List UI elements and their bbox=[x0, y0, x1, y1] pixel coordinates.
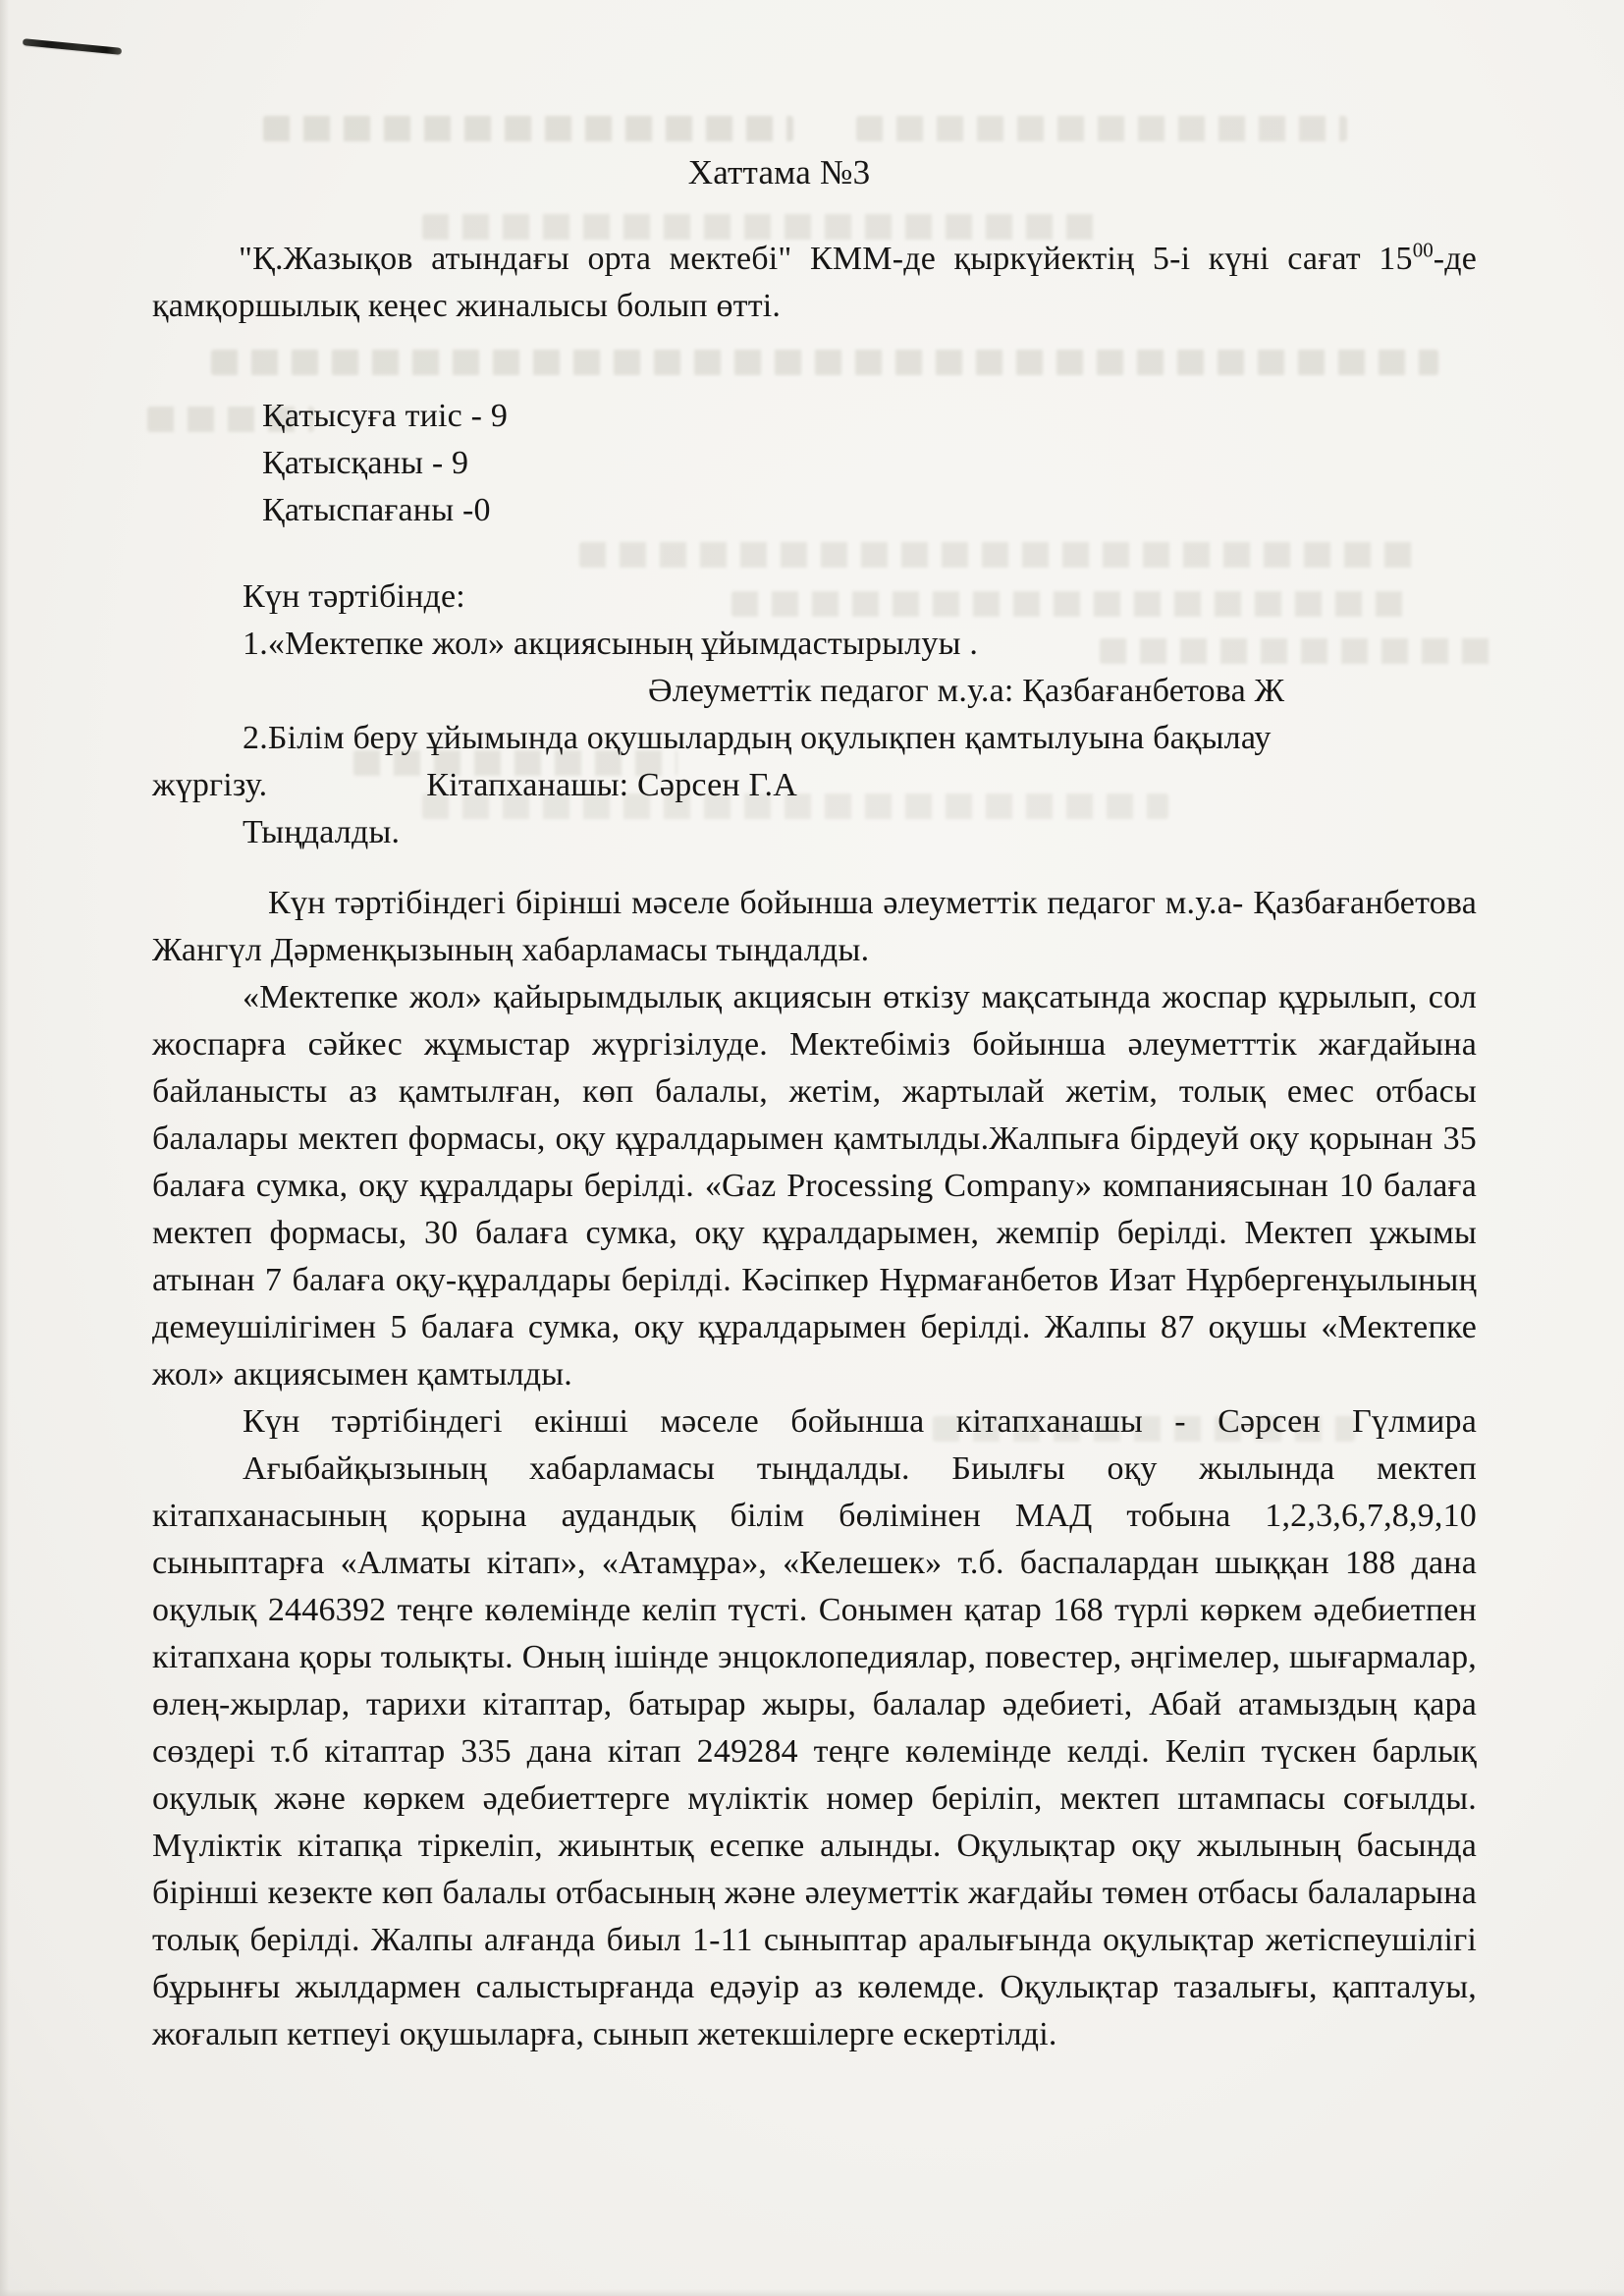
attendance-line-absent: Қатыспағаны -0 bbox=[152, 487, 1477, 534]
agenda-block: Күн тәртібінде: 1.«Мектепке жол» акциясы… bbox=[152, 574, 1477, 856]
document-title: Хаттама №3 bbox=[117, 149, 1441, 196]
agenda-item-2: 2.Білім беру ұйымында оқушылардың оқулық… bbox=[152, 715, 1477, 762]
body-paragraph-1: Күн тәртібіндегі бірінші мәселе бойынша … bbox=[152, 880, 1477, 974]
agenda-item-2-continuation: жүргізу. bbox=[152, 767, 267, 803]
minutes-body: Күн тәртібіндегі бірінші мәселе бойынша … bbox=[152, 880, 1477, 2058]
intro-text-before-sup: "Қ.Жазықов атындағы орта мектебі" КММ-де… bbox=[239, 241, 1413, 277]
agenda-item-2-responsible: Кітапханашы: Сәрсен Г.А bbox=[426, 767, 797, 803]
agenda-heading: Күн тәртібінде: bbox=[152, 574, 1477, 621]
document-content: Хаттама №3 "Қ.Жазықов атындағы орта мект… bbox=[0, 0, 1624, 2058]
time-superscript: 00 bbox=[1413, 239, 1434, 262]
scanned-document-page: Хаттама №3 "Қ.Жазықов атындағы орта мект… bbox=[0, 0, 1624, 2296]
intro-paragraph: "Қ.Жазықов атындағы орта мектебі" КММ-де… bbox=[152, 236, 1477, 330]
body-paragraph-4: Ағыбайқызының хабарламасы тыңдалды. Биыл… bbox=[152, 1446, 1477, 2058]
body-paragraph-2: «Мектепке жол» қайырымдылық акциясын өтк… bbox=[152, 974, 1477, 1398]
body-paragraph-3: Күн тәртібіндегі екінші мәселе бойынша к… bbox=[152, 1398, 1477, 1446]
heard-label: Тыңдалды. bbox=[152, 809, 1477, 856]
agenda-item-1: 1.«Мектепке жол» акциясының ұйымдастырыл… bbox=[152, 621, 1477, 668]
attendance-block: Қатысуға тиіс - 9 Қатысқаны - 9 Қатыспағ… bbox=[152, 393, 1477, 534]
agenda-item-1-responsible: Әлеуметтік педагог м.у.а: Қазбағанбетова… bbox=[152, 668, 1477, 715]
agenda-item-2-continuation-line: жүргізу.Кітапханашы: Сәрсен Г.А bbox=[152, 762, 1477, 809]
attendance-line-required: Қатысуға тиіс - 9 bbox=[152, 393, 1477, 440]
attendance-line-present: Қатысқаны - 9 bbox=[152, 440, 1477, 487]
